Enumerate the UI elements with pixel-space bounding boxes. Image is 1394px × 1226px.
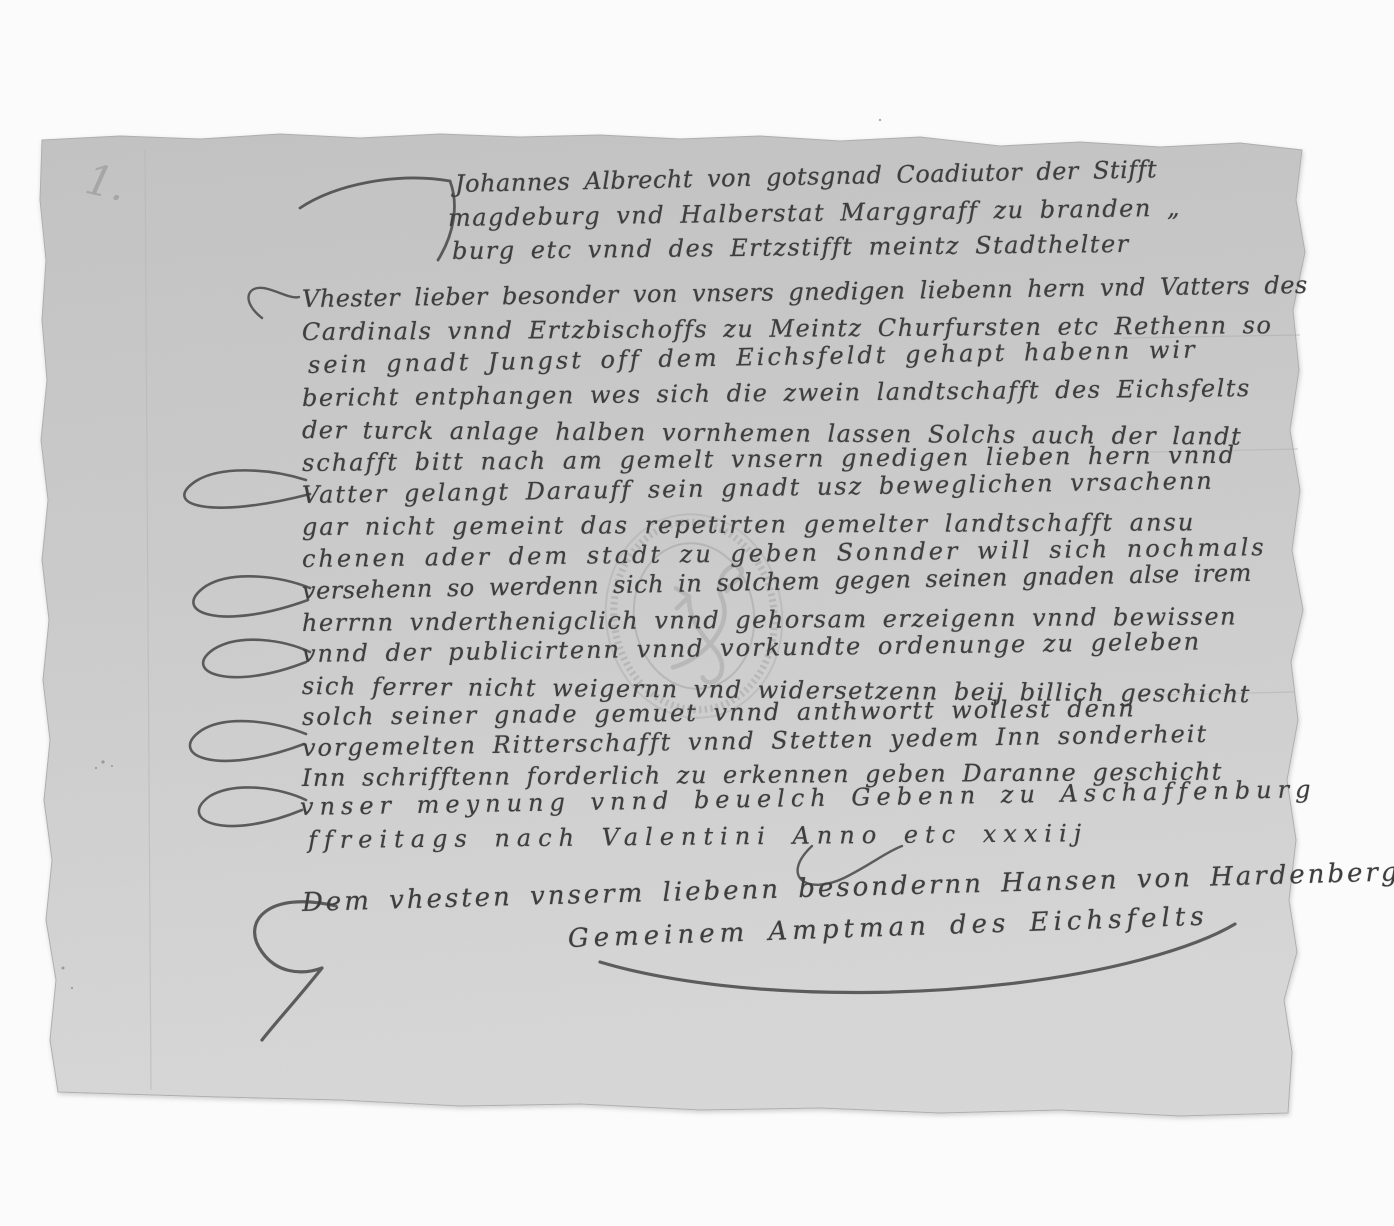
scanned-document: 1. Johannes Albrecht von gotsgnad Coadiu…	[0, 0, 1394, 1226]
